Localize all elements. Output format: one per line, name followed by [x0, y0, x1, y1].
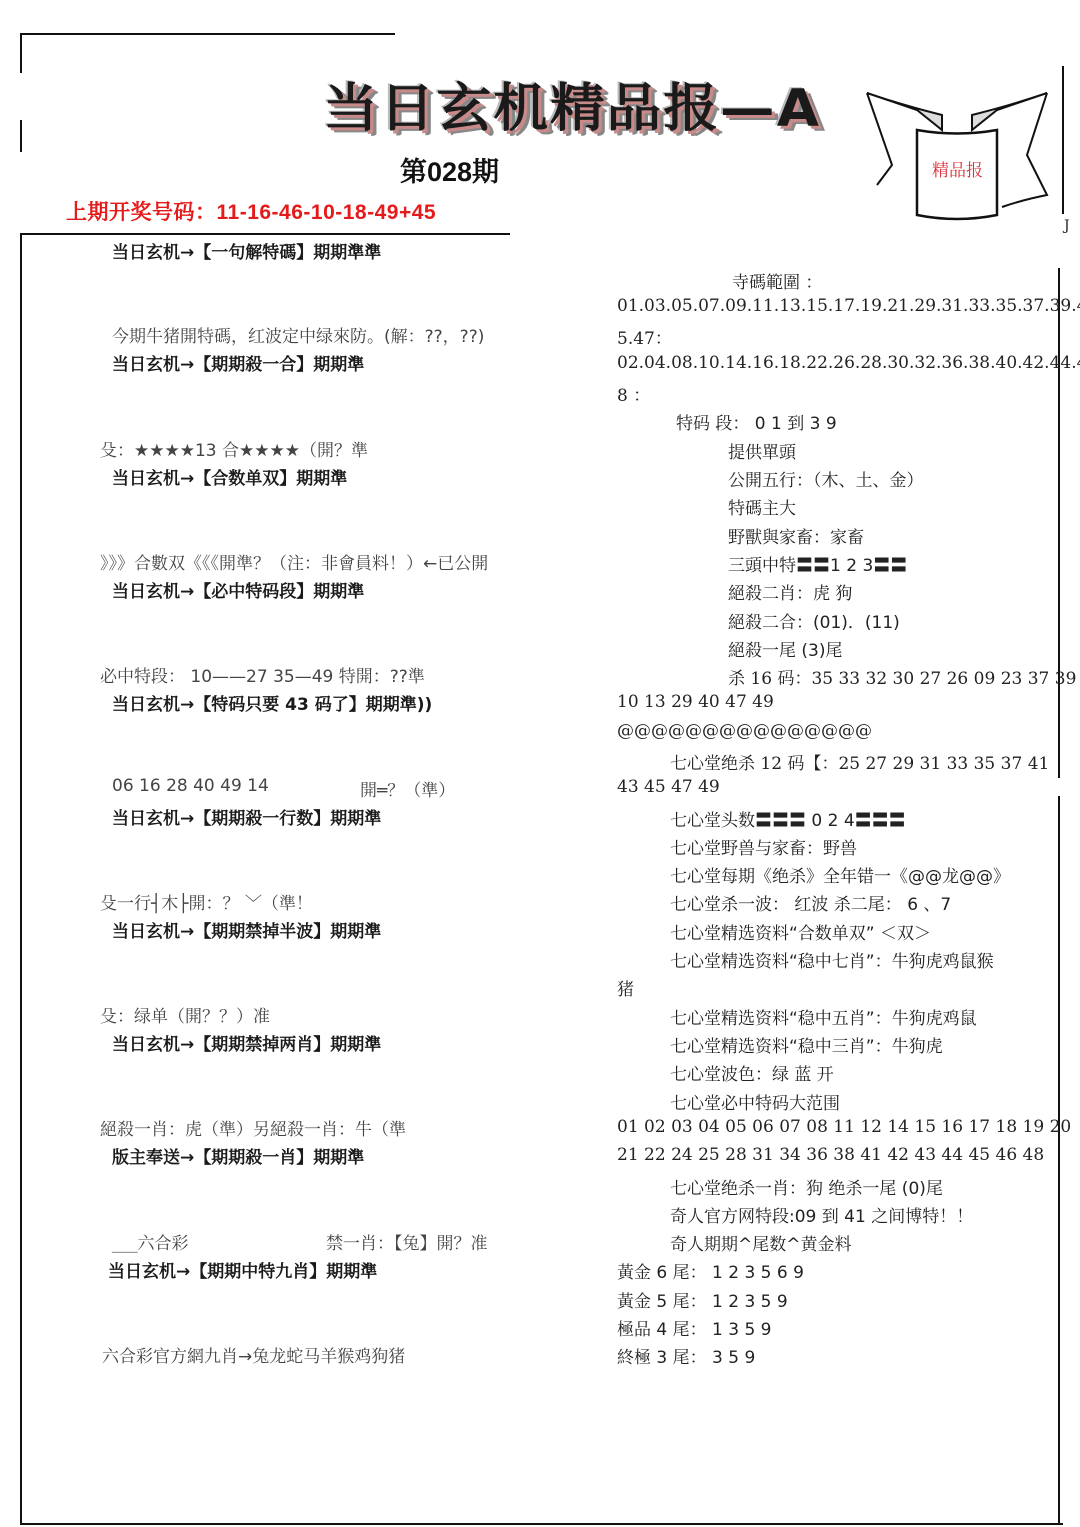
range-title: 寺碼範圍 ：: [732, 268, 822, 293]
right-border-bottom: [1058, 796, 1060, 1525]
headline-7: 当日玄机→【期期禁掉两肖】期期準: [112, 1030, 381, 1055]
at-divider: @@@@@@@@@@@@@@@: [617, 721, 872, 741]
issue-number: 第028期: [400, 150, 499, 189]
item-c-1: 七心堂精选资料“稳中三肖”：牛狗虎: [670, 1032, 943, 1057]
note-4: 必中特段： 10——27 35—49 特開：??準: [100, 662, 425, 687]
headline-9: 当日玄机→【期期中特九肖】期期準: [108, 1257, 377, 1282]
previous-result: 上期开奖号码：11-16-46-10-18-49+45: [66, 196, 436, 226]
kill12-line1: 七心堂绝杀 12 码【：25 27 29 31 33 35 37 41: [670, 749, 1049, 774]
item-a-7: 絕殺一尾 (3)尾: [728, 636, 842, 661]
headline-0: 当日玄机→【一句解特碼】期期準準: [112, 238, 381, 263]
headline-8: 版主奉送→【期期殺一肖】期期準: [112, 1143, 364, 1168]
headline-5: 当日玄机→【期期殺一行数】期期準: [112, 804, 381, 829]
ribbon-label: 精品报: [932, 156, 983, 181]
top-border-left: [20, 33, 395, 35]
bottom-border: [20, 1523, 1063, 1525]
headline-1: 当日玄机→【期期殺一合】期期準: [112, 350, 364, 375]
note-8: 絕殺一肖：虎（準）另絕殺一肖：牛（準: [100, 1115, 406, 1140]
note-5: 06 16 28 40 49 14: [112, 776, 269, 796]
banner-title: 当日玄机精品报—A: [323, 66, 821, 126]
item-b-4: 七心堂精选资料“合数单双” ＜双＞: [670, 919, 931, 944]
ribbon-badge-icon: [862, 75, 1052, 225]
tail-0: 黃金 6 尾： 1 2 3 5 6 9: [617, 1258, 804, 1283]
item-d-2: 奇人期期^尾数^黄金料: [670, 1230, 852, 1255]
note-3: 》》》合數双《《《開準？（注：非會員料！）←已公開: [100, 549, 488, 574]
header-divider: [20, 233, 510, 235]
item-a-2: 特碼主大: [728, 494, 796, 519]
left-border-main: [20, 233, 22, 1525]
headline-4: 当日玄机→【特码只要 43 码了】期期準)): [112, 690, 432, 715]
footer-line: 六合彩官方網九肖→兔龙蛇马羊猴鸡狗猪: [102, 1342, 405, 1367]
previous-result-label: 上期开奖号码：: [66, 201, 217, 224]
kill16-line1: 杀 16 码：35 33 32 30 27 26 09 23 37 39: [728, 664, 1076, 689]
left-border-mid: [20, 120, 22, 152]
item-a-0: 提供單頭: [728, 438, 796, 463]
note-9-label: 六合彩: [138, 1234, 189, 1254]
item-b-5: 七心堂精选资料“稳中七肖”：牛狗虎鸡鼠猴: [670, 947, 994, 972]
big-range-line2: 21 22 24 25 28 31 34 36 38 41 42 43 44 4…: [617, 1145, 1044, 1165]
tail-1: 黃金 5 尾： 1 2 3 5 9: [617, 1287, 788, 1312]
tail-3: 終極 3 尾： 3 5 9: [617, 1343, 755, 1368]
even-range-line2: 8 ：: [617, 381, 650, 406]
kill16-line2: 10 13 29 40 47 49: [617, 692, 774, 712]
left-border-top: [20, 33, 22, 73]
wrap-pig: 猪: [617, 975, 634, 1000]
item-a-3: 野獸與家畜：家畜: [728, 523, 864, 548]
odd-range-line2: 5.47：: [617, 324, 672, 349]
note-2: 殳：★★★★13 合★★★★（開？準: [100, 436, 368, 461]
note-7: 殳：绿单（開？？）准: [100, 1002, 270, 1027]
item-a-6: 絕殺二合：(01)．(11): [728, 608, 900, 633]
item-b-3: 七心堂杀一波： 红波 杀二尾： 6 、7: [670, 890, 951, 915]
kill12-line2: 43 45 47 49: [617, 777, 720, 797]
previous-result-numbers: 11-16-46-10-18-49+45: [217, 201, 437, 224]
item-d-1: 奇人官方网特段:09 到 41 之间博特！！: [670, 1202, 973, 1227]
note-5-right: 開═？（準）: [360, 776, 455, 801]
item-b-0: 七心堂头数〓〓〓 0 2 4〓〓〓: [670, 806, 906, 831]
item-b-1: 七心堂野兽与家畜：野兽: [670, 834, 857, 859]
special-segment: 特码 段： 0 1 到 3 9: [676, 409, 837, 434]
note-9: ___六合彩: [112, 1229, 189, 1254]
big-range-line1: 01 02 03 04 05 06 07 08 11 12 14 15 16 1…: [617, 1117, 1071, 1137]
odd-range-line1: 01.03.05.07.09.11.13.15.17.19.21.29.31.3…: [617, 296, 1080, 316]
item-a-5: 絕殺二肖：虎 狗: [728, 579, 852, 604]
note-9-right: 禁一肖：【兔】開？准: [326, 1229, 488, 1254]
headline-6: 当日玄机→【期期禁掉半波】期期準: [112, 917, 381, 942]
item-c-0: 七心堂精选资料“稳中五肖”：牛狗虎鸡鼠: [670, 1004, 977, 1029]
underscore-prefix: ___: [112, 1234, 138, 1254]
item-b-2: 七心堂每期《绝杀》全年错一《@@龙@@》: [670, 862, 1010, 887]
stray-mark: J: [1064, 218, 1070, 234]
headline-2: 当日玄机→【合数单双】期期準: [112, 464, 347, 489]
right-border-top: [1062, 66, 1064, 214]
note-6: 殳一行┤木├開：？ ﹀（準！: [100, 889, 313, 914]
item-a-4: 三頭中特〓〓1 2 3〓〓: [728, 551, 907, 576]
even-range-line1: 02.04.08.10.14.16.18.22.26.28.30.32.36.3…: [617, 353, 1080, 373]
right-border-mid: [1058, 268, 1060, 778]
tail-2: 極品 4 尾： 1 3 5 9: [617, 1315, 772, 1340]
headline-3: 当日玄机→【必中特码段】期期準: [112, 577, 364, 602]
item-c-2: 七心堂波色：绿 蓝 开: [670, 1060, 834, 1085]
item-c-3: 七心堂必中特码大范围: [670, 1089, 840, 1114]
item-d-0: 七心堂绝杀一肖：狗 绝杀一尾 (0)尾: [670, 1174, 943, 1199]
note-1: 今期牛猪開特碼，红波定中绿來防。(解：??，??): [112, 322, 484, 347]
item-a-1: 公開五行：（木、土、金）: [728, 466, 924, 491]
